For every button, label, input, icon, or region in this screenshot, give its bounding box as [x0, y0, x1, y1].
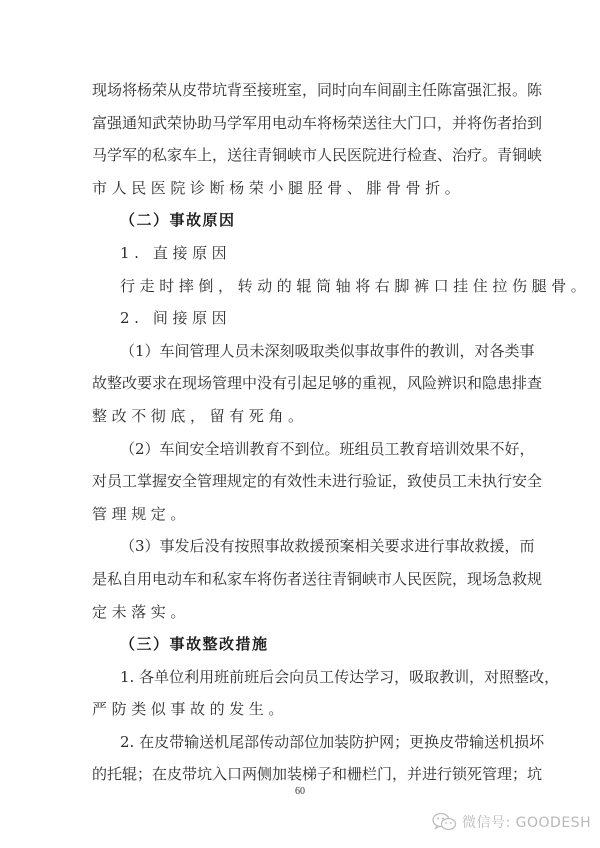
watermark: 微信号: GOODESH: [432, 810, 591, 834]
document-page: 现场将杨荣从皮带坑背至接班室，同时向车间副主任陈富强汇报。陈 富强通知武荣协助马…: [0, 0, 600, 848]
body-text: 现场将杨荣从皮带坑背至接班室，同时向车间副主任陈富强汇报。陈 富强通知武荣协助马…: [92, 74, 510, 791]
subheading-indirect-cause: 2. 间接原因: [92, 302, 510, 335]
text-line: 马学军的私家车上，送往青铜峡市人民医院进行检查、治疗。青铜峡: [92, 139, 510, 172]
text-line: 定未落实。: [92, 596, 510, 629]
section-heading-causes: （二）事故原因: [92, 204, 510, 237]
text-line: （3）事发后没有按照事故救援预案相关要求进行事故救援，而: [92, 530, 510, 563]
text-line: 1. 各单位利用班前班后会向员工传达学习，吸取教训，对照整改，: [92, 661, 510, 694]
section-heading-corrective-measures: （三）事故整改措施: [92, 628, 510, 661]
wechat-icon: [432, 812, 458, 832]
text-line: 故整改要求在现场管理中没有引起足够的重视，风险辨识和隐患排查: [92, 367, 510, 400]
text-line: 2. 在皮带输送机尾部传动部位加装防护网；更换皮带输送机损坏: [92, 726, 510, 759]
text-line: 是私自用电动车和私家车将伤者送往青铜峡市人民医院，现场急救规: [92, 563, 510, 596]
text-line: 严防类似事故的发生。: [92, 693, 510, 726]
text-line: 行走时摔倒，转动的辊筒轴将右脚裤口挂住拉伤腿骨。: [92, 270, 510, 303]
text-line: 对员工掌握安全管理规定的有效性未进行验证，致使员工未执行安全: [92, 465, 510, 498]
subheading-direct-cause: 1. 直接原因: [92, 237, 510, 270]
watermark-text: 微信号: GOODESH: [462, 812, 591, 832]
text-line: 管理规定。: [92, 498, 510, 531]
page-number: 60: [0, 786, 600, 797]
text-line: （1）车间管理人员未深刻吸取类似事故事件的教训，对各类事: [92, 335, 510, 368]
text-line: 现场将杨荣从皮带坑背至接班室，同时向车间副主任陈富强汇报。陈: [92, 74, 510, 107]
text-line: 富强通知武荣协助马学军用电动车将杨荣送往大门口，并将伤者抬到: [92, 107, 510, 140]
text-line: （2）车间安全培训教育不到位。班组员工教育培训效果不好，: [92, 433, 510, 466]
text-line: 市人民医院诊断杨荣小腿胫骨、腓骨骨折。: [92, 172, 510, 205]
text-line: 整改不彻底，留有死角。: [92, 400, 510, 433]
